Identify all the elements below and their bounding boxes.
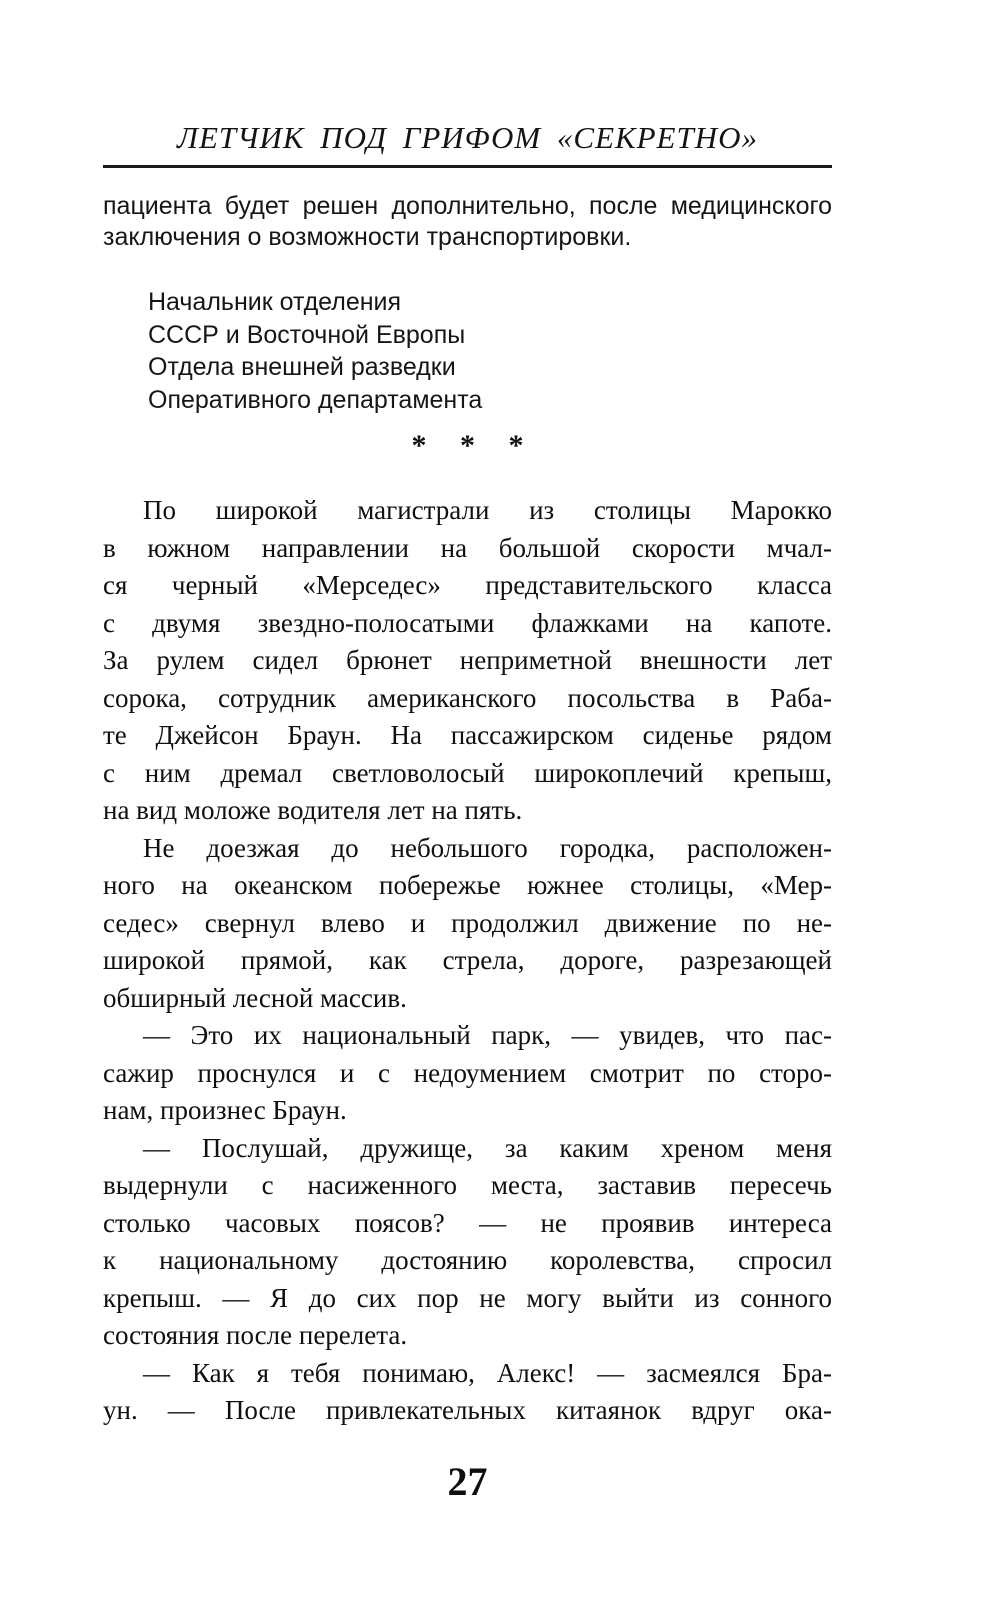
signature-line: Отдела внешней разведки: [148, 351, 832, 384]
signature-line: СССР и Восточной Европы: [148, 319, 832, 352]
text-line: обширный лесной массив.: [103, 980, 832, 1018]
text-line: За рулем сидел брюнет неприметной внешно…: [103, 642, 832, 680]
excerpt-line: заключения о возможности транспортировки…: [103, 222, 832, 253]
signature-line: Начальник отделения: [148, 286, 832, 319]
text-line: ся черный «Мерседес» представительского …: [103, 567, 832, 605]
book-page: ЛЕТЧИК ПОД ГРИФОМ «СЕКРЕТНО» пациента бу…: [0, 0, 1000, 1616]
text-line: к национальному достоянию королевства, с…: [103, 1242, 832, 1280]
paragraph: — Послушай, дружище, за каким хреном мен…: [103, 1130, 832, 1355]
text-line: сажир проснулся и с недоумением смотрит …: [103, 1055, 832, 1093]
text-line: седес» свернул влево и продолжил движени…: [103, 905, 832, 943]
text-line: ун. — После привлекательных китаянок вдр…: [103, 1392, 832, 1430]
section-separator: * * *: [103, 429, 832, 463]
text-line: столько часовых поясов? — не проявив инт…: [103, 1205, 832, 1243]
text-line: сорока, сотрудник американского посольст…: [103, 680, 832, 718]
signature-line: Оперативного департамента: [148, 384, 832, 417]
text-line: крепыш. — Я до сих пор не могу выйти из …: [103, 1280, 832, 1318]
text-line: в южном направлении на большой скорости …: [103, 530, 832, 568]
text-line: — Это их национальный парк, — увидев, чт…: [103, 1017, 832, 1055]
document-excerpt: пациента будет решен дополнительно, посл…: [103, 191, 832, 253]
text-line: нам, произнес Браун.: [103, 1092, 832, 1130]
page-number: 27: [103, 1460, 832, 1504]
running-title: ЛЕТЧИК ПОД ГРИФОМ «СЕКРЕТНО»: [103, 119, 832, 156]
text-line: — Как я тебя понимаю, Алекс! — засмеялся…: [103, 1355, 832, 1393]
text-line: ного на океанском побережье южнее столиц…: [103, 867, 832, 905]
text-line: состояния после перелета.: [103, 1317, 832, 1355]
header-rule: [103, 165, 832, 168]
text-column: ЛЕТЧИК ПОД ГРИФОМ «СЕКРЕТНО» пациента бу…: [103, 0, 832, 1504]
text-line: те Джейсон Браун. На пассажирском сидень…: [103, 717, 832, 755]
text-line: широкой прямой, как стрела, дороге, разр…: [103, 942, 832, 980]
text-line: с ним дремал светловолосый широкоплечий …: [103, 755, 832, 793]
paragraph: Не доезжая до небольшого городка, распол…: [103, 830, 832, 1018]
paragraph: — Как я тебя понимаю, Алекс! — засмеялся…: [103, 1355, 832, 1430]
text-line: Не доезжая до небольшого городка, распол…: [103, 830, 832, 868]
excerpt-line: пациента будет решен дополнительно, посл…: [103, 191, 832, 222]
text-line: с двумя звездно-полосатыми флажками на к…: [103, 605, 832, 643]
signature-block: Начальник отделения СССР и Восточной Евр…: [148, 286, 832, 416]
text-line: — Послушай, дружище, за каким хреном мен…: [103, 1130, 832, 1168]
text-line: на вид моложе водителя лет на пять.: [103, 792, 832, 830]
text-line: выдернули с насиженного места, заставив …: [103, 1167, 832, 1205]
paragraph: — Это их национальный парк, — увидев, чт…: [103, 1017, 832, 1130]
body-text: По широкой магистрали из столицы Марокко…: [103, 492, 832, 1430]
paragraph: По широкой магистрали из столицы Марокко…: [103, 492, 832, 830]
text-line: По широкой магистрали из столицы Марокко: [103, 492, 832, 530]
